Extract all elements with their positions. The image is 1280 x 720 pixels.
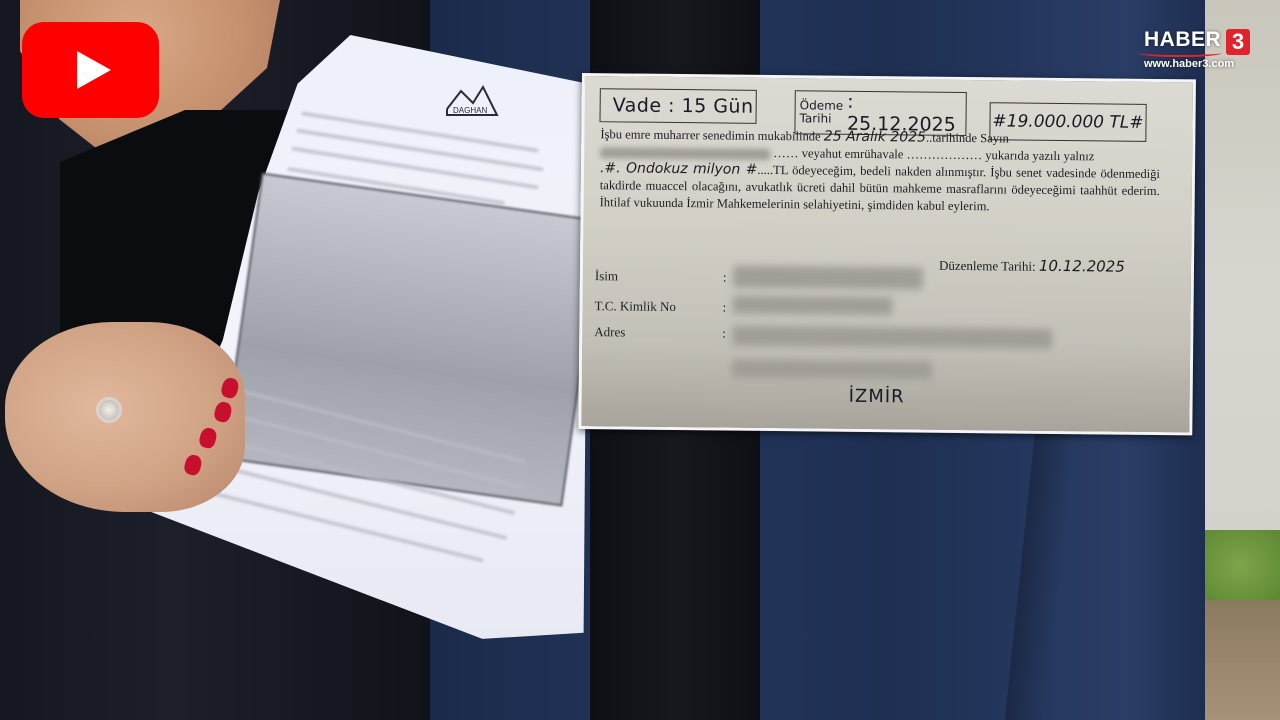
promissory-note-inset: Vade : 15 Gün Ödeme Tarihi : 25.12.2025 …	[578, 73, 1196, 435]
issue-date: Düzenleme Tarihi: 10.12.2025	[939, 256, 1125, 276]
city-handwritten: İZMİR	[849, 386, 905, 408]
ring	[96, 397, 122, 423]
haber3-logo: HABER 3 www.haber3.com	[1138, 28, 1253, 73]
due-term-box: Vade : 15 Gün	[599, 88, 756, 124]
field-id-label: T.C. Kimlik No	[594, 298, 676, 315]
redacted-name	[600, 147, 770, 160]
hand	[5, 322, 245, 512]
redacted-id-field	[732, 296, 892, 316]
redacted-address-field	[732, 326, 1052, 349]
play-triangle-icon	[77, 51, 111, 89]
note-body: İşbu emre muharrer senedimin mukabilinde…	[600, 126, 1161, 217]
redacted-name-field	[733, 266, 923, 290]
youtube-play-icon[interactable]	[22, 22, 159, 118]
field-name-label: İsim	[595, 268, 618, 284]
field-address-label: Adres	[594, 324, 625, 340]
svg-text:DAGHAN: DAGHAN	[453, 106, 487, 115]
mountain-icon: DAGHAN	[443, 83, 501, 121]
swoosh-icon	[1138, 49, 1222, 57]
